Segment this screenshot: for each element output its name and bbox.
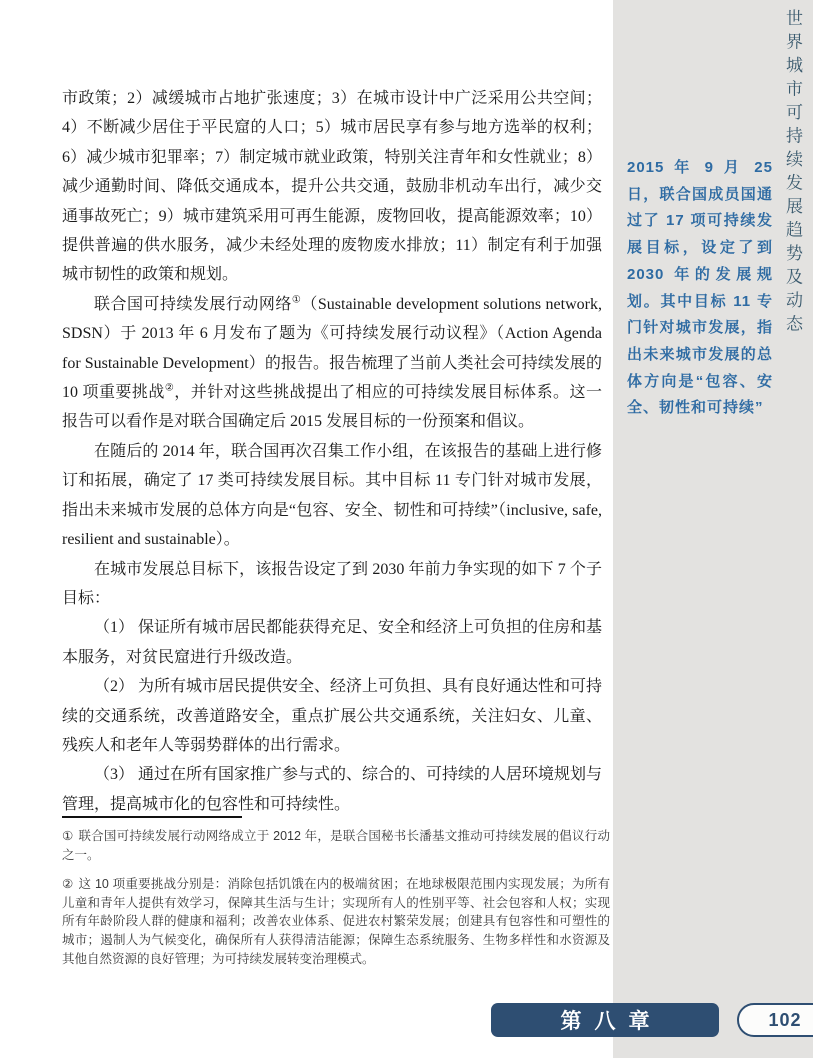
subgoal-item-3: （3） 通过在所有国家推广参与式的、综合的、可持续的人居环境规划与管理，提高城市… xyxy=(62,760,602,819)
footnotes-block: ①联合国可持续发展行动网络成立于 2012 年，是联合国秘书长潘基文推动可持续发… xyxy=(62,827,610,979)
page-number-pill: 102 xyxy=(737,1003,813,1037)
footnote-1: ①联合国可持续发展行动网络成立于 2012 年，是联合国秘书长潘基文推动可持续发… xyxy=(62,827,610,864)
book-page: 世界城市可持续发展趋势及动态 2015 年 9 月 25 日，联合国成员国通过了… xyxy=(0,0,813,1058)
footnote-2: ②这 10 项重要挑战分别是：消除包括饥饿在内的极端贫困；在地球极限范围内实现发… xyxy=(62,875,610,968)
body-paragraph-sdsn: 联合国可持续发展行动网络①（Sustainable development so… xyxy=(62,290,602,437)
chapter-tab-label: 第八章 xyxy=(561,1005,663,1035)
subgoal-item-1: （1） 保证所有城市居民都能获得充足、安全和经济上可负担的住房和基本服务，对贫民… xyxy=(62,613,602,672)
footnote-ref-2: ② xyxy=(165,383,174,394)
body-paragraph-subgoals-intro: 在城市发展总目标下，该报告设定了到 2030 年前力争实现的如下 7 个子目标： xyxy=(62,555,602,614)
page-number: 102 xyxy=(768,1010,801,1031)
vertical-running-title: 世界城市可持续发展趋势及动态 xyxy=(780,9,805,429)
margin-note: 2015 年 9 月 25 日，联合国成员国通过了 17 项可持续发展目标，设定… xyxy=(627,155,773,422)
footnote-separator-rule xyxy=(62,816,242,818)
footnote-2-text: 这 10 项重要挑战分别是：消除包括饥饿在内的极端贫困；在地球极限范围内实现发展… xyxy=(62,877,610,965)
subgoal-item-2: （2） 为所有城市居民提供安全、经济上可负担、具有良好通达性和可持续的交通系统，… xyxy=(62,672,602,760)
body-paragraph-continuation: 市政策；2）减缓城市占地扩张速度；3）在城市设计中广泛采用公共空间；4）不断减少… xyxy=(62,84,602,290)
body-paragraph-2014: 在随后的 2014 年，联合国再次召集工作小组，在该报告的基础上进行修订和拓展，… xyxy=(62,437,602,555)
paragraph-text: 联合国可持续发展行动网络 xyxy=(94,296,292,313)
footnote-ref-1: ① xyxy=(292,295,301,306)
main-text-column: 市政策；2）减缓城市占地扩张速度；3）在城市设计中广泛采用公共空间；4）不断减少… xyxy=(62,84,602,819)
footnote-1-marker: ① xyxy=(62,829,73,843)
footnote-1-text: 联合国可持续发展行动网络成立于 2012 年，是联合国秘书长潘基文推动可持续发展… xyxy=(62,829,610,862)
chapter-tab: 第八章 xyxy=(491,1003,719,1037)
footnote-2-marker: ② xyxy=(62,877,73,891)
